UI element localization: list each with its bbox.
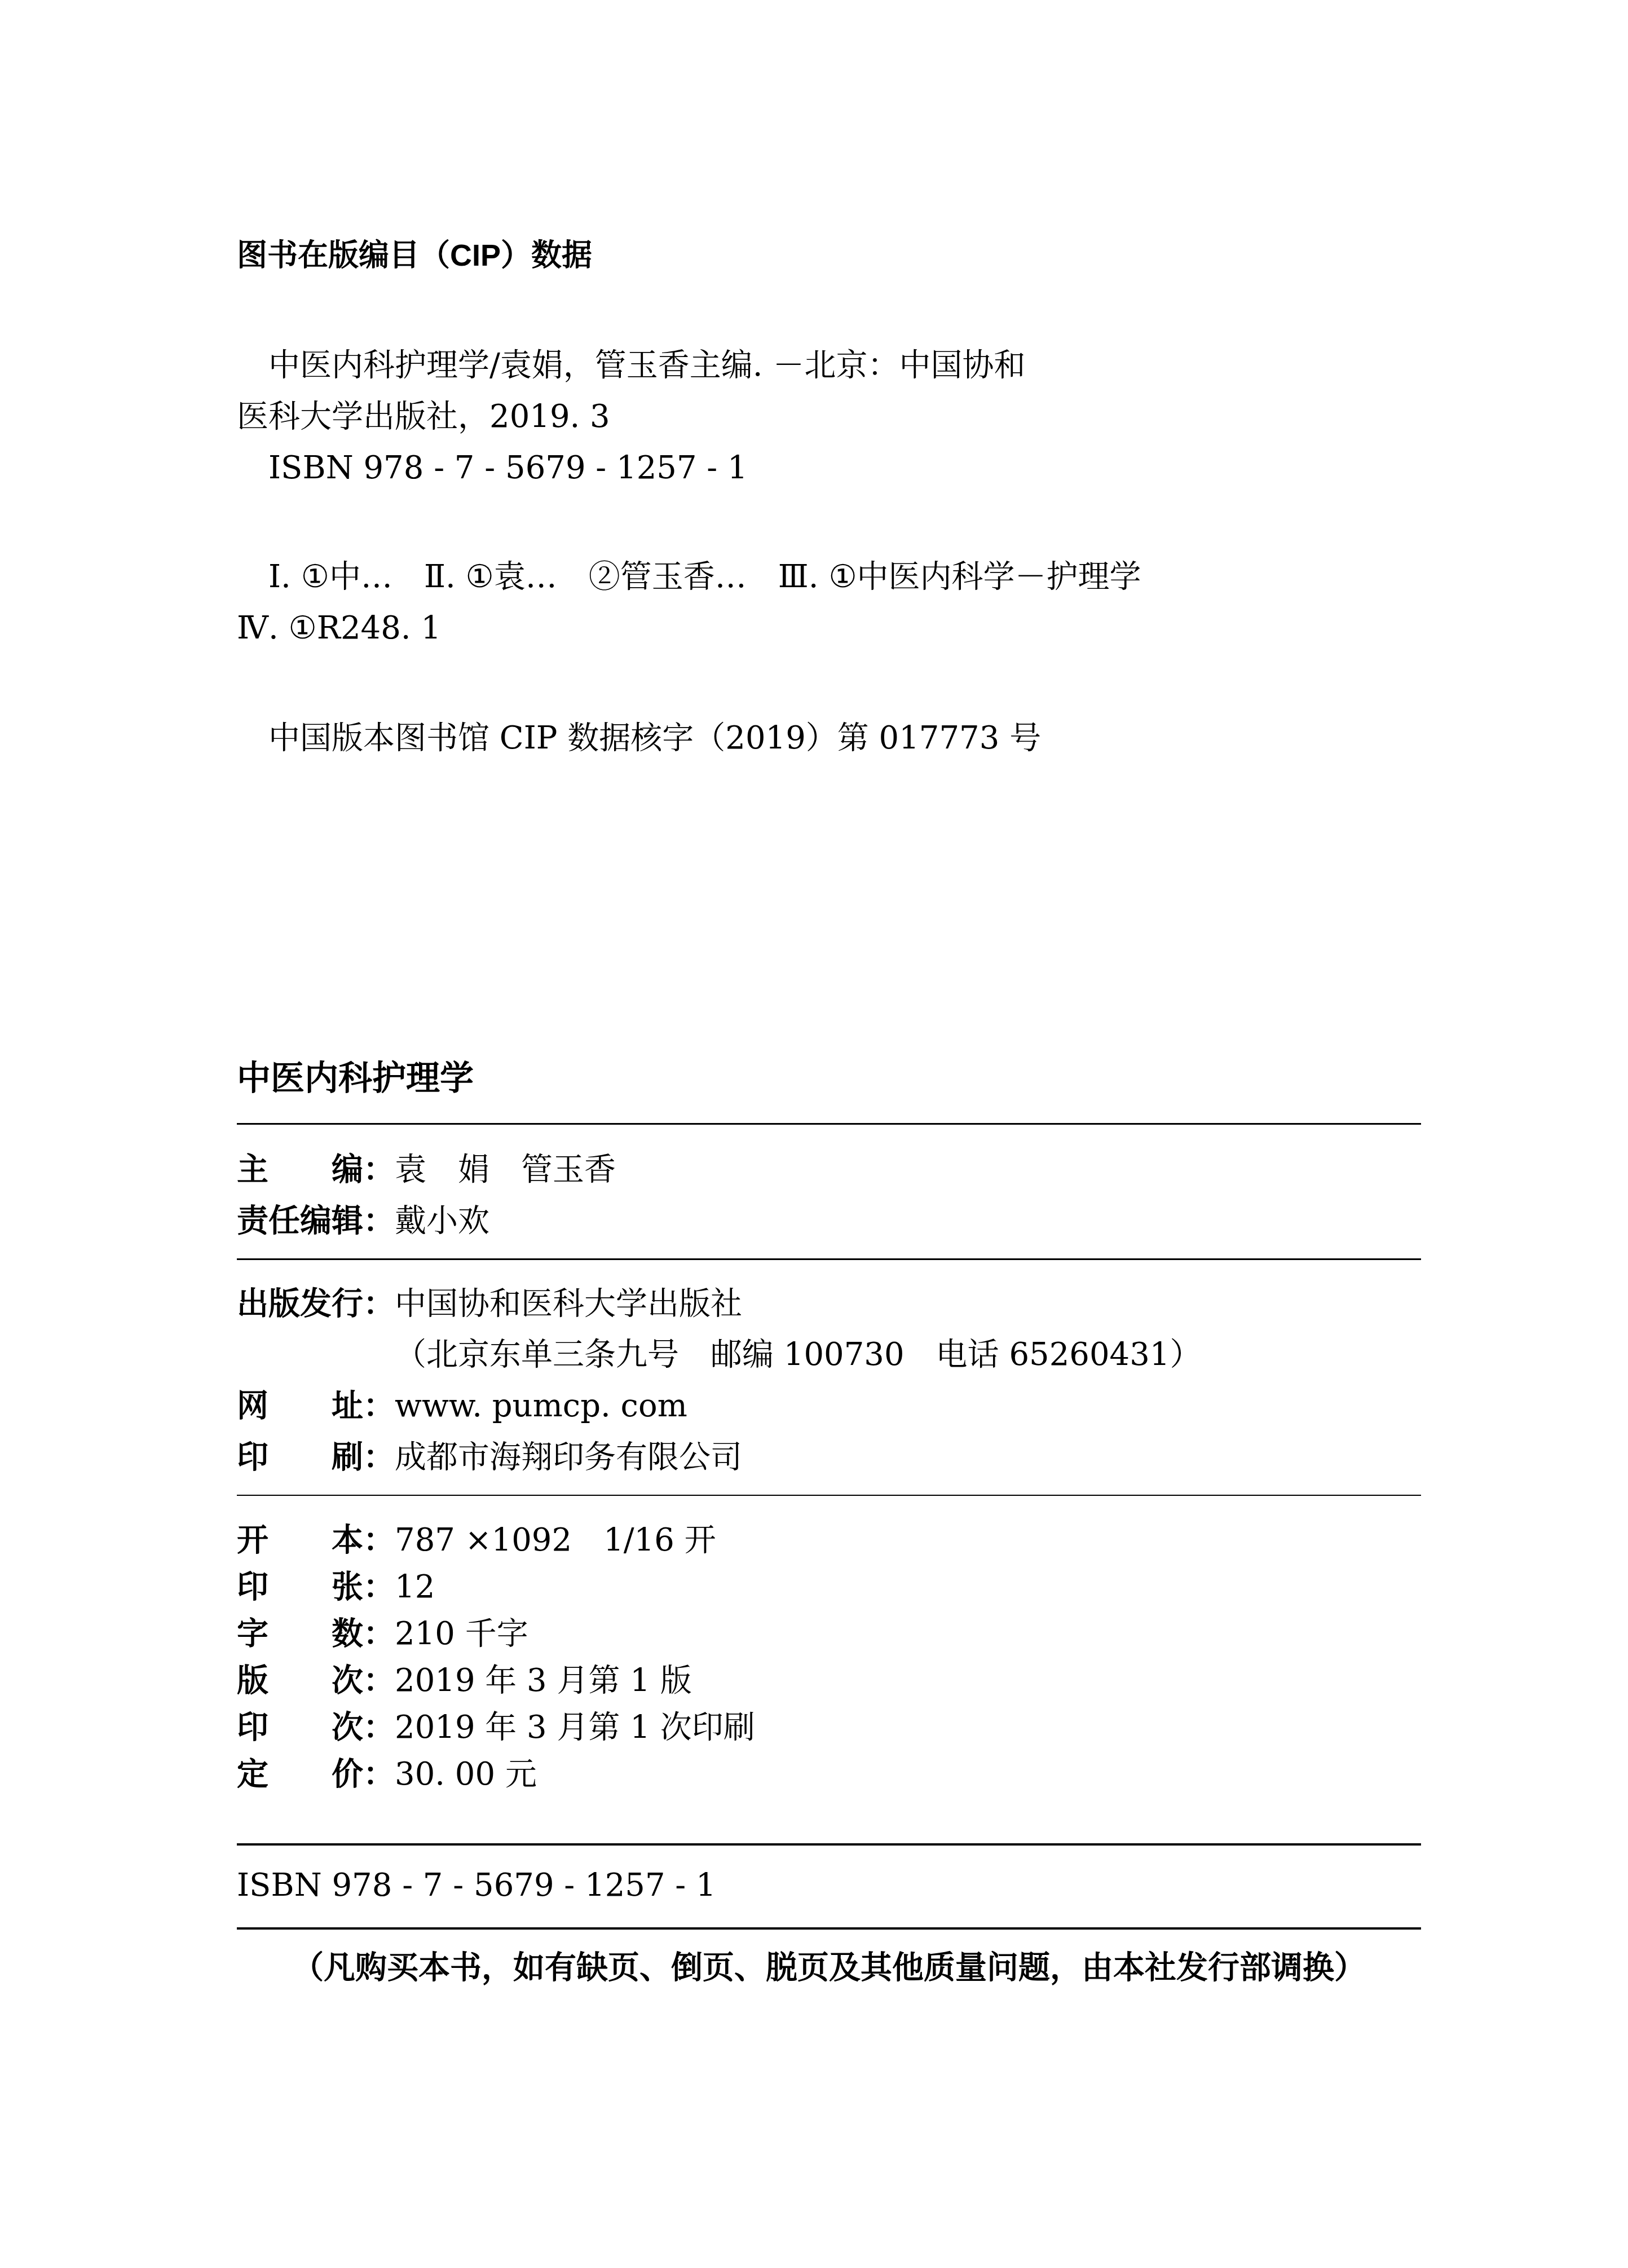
info-row: （北京东单三条九号 邮编 100730 电话 65260431）: [237, 1329, 1421, 1380]
info-row-label: 印 次：: [237, 1704, 395, 1750]
info-row-value: 戴小欢: [395, 1196, 489, 1247]
divider-rule: [237, 1495, 1421, 1496]
info-row-value: 12: [395, 1564, 435, 1610]
info-row: 字 数： 210 千字: [237, 1610, 1421, 1657]
divider-rule: [237, 1123, 1421, 1125]
info-row-label: 出版发行：: [237, 1278, 395, 1329]
info-row-value: 210 千字: [395, 1611, 528, 1657]
cip-classification-line: Ⅳ. ①R248. 1: [237, 602, 1421, 654]
info-row-value: 2019 年 3 月第 1 版: [395, 1658, 692, 1704]
editor-info: 主 编： 袁 娟 管玉香 责任编辑： 戴小欢: [237, 1144, 1421, 1247]
book-title: 中医内科护理学: [237, 1060, 1421, 1096]
cip-classification-line: Ⅰ. ①中… Ⅱ. ①袁… ②管玉香… Ⅲ. ①中医内科学－护理学: [237, 551, 1421, 602]
publisher-website: www. pumcp. com: [395, 1381, 687, 1432]
info-row-label: 印 刷：: [237, 1432, 395, 1482]
info-row-value: 787 ×1092 1/16 开: [395, 1517, 716, 1564]
info-row-label: 责任编辑：: [237, 1195, 395, 1246]
cip-description-line: 医科大学出版社，2019. 3: [237, 391, 1421, 442]
info-row-value: 成都市海翔印务有限公司: [395, 1432, 742, 1483]
info-row-label: 主 编：: [237, 1144, 395, 1195]
info-row-value: 袁 娟 管玉香: [395, 1144, 616, 1195]
publisher-address: （北京东单三条九号 邮编 100730 电话 65260431）: [395, 1329, 1201, 1380]
cip-registry-line: 中国版本图书馆 CIP 数据核字（2019）第 017773 号: [237, 712, 1421, 764]
info-row-value: 2019 年 3 月第 1 次印刷: [395, 1705, 755, 1751]
info-row-label: 网 址：: [237, 1380, 395, 1431]
exchange-note: （凡购买本书，如有缺页、倒页、脱页及其他质量问题，由本社发行部调换）: [237, 1949, 1421, 1985]
cip-heading: 图书在版编目（CIP）数据: [237, 239, 1421, 272]
info-row: 版 次： 2019 年 3 月第 1 版: [237, 1657, 1421, 1704]
print-info: 开 本： 787 ×1092 1/16 开 印 张： 12 字 数： 210 千…: [237, 1517, 1421, 1798]
copyright-page: 图书在版编目（CIP）数据 中医内科护理学/袁娟，管玉香主编. －北京：中国协和…: [0, 0, 1628, 2268]
info-row: 印 张： 12: [237, 1564, 1421, 1610]
cip-description-line: 中医内科护理学/袁娟，管玉香主编. －北京：中国协和: [237, 340, 1421, 391]
info-row: 主 编： 袁 娟 管玉香: [237, 1144, 1421, 1195]
info-row: 责任编辑： 戴小欢: [237, 1195, 1421, 1247]
info-row: 出版发行： 中国协和医科大学出版社: [237, 1278, 1421, 1329]
divider-rule: [237, 1843, 1421, 1846]
info-row: 网 址： www. pumcp. com: [237, 1380, 1421, 1432]
info-row-label: 印 张：: [237, 1564, 395, 1610]
divider-rule: [237, 1927, 1421, 1930]
info-row-label: 字 数：: [237, 1610, 395, 1657]
cip-description: 中医内科护理学/袁娟，管玉香主编. －北京：中国协和 医科大学出版社，2019.…: [237, 340, 1421, 494]
info-row: 开 本： 787 ×1092 1/16 开: [237, 1517, 1421, 1564]
info-row: 定 价： 30. 00 元: [237, 1751, 1421, 1798]
info-row-label: 定 价：: [237, 1751, 395, 1797]
cip-classification: Ⅰ. ①中… Ⅱ. ①袁… ②管玉香… Ⅲ. ①中医内科学－护理学 Ⅳ. ①R2…: [237, 551, 1421, 654]
info-row-value: 30. 00 元: [395, 1751, 537, 1798]
info-row-label: 版 次：: [237, 1657, 395, 1703]
divider-rule: [237, 1258, 1421, 1260]
info-row-value: 中国协和医科大学出版社: [395, 1279, 742, 1329]
cip-isbn-line: ISBN 978 - 7 - 5679 - 1257 - 1: [237, 442, 1421, 494]
info-row: 印 次： 2019 年 3 月第 1 次印刷: [237, 1704, 1421, 1751]
info-row-label: 开 本：: [237, 1517, 395, 1563]
info-row: 印 刷： 成都市海翔印务有限公司: [237, 1432, 1421, 1483]
publisher-info: 出版发行： 中国协和医科大学出版社 （北京东单三条九号 邮编 100730 电话…: [237, 1278, 1421, 1483]
isbn-footer: ISBN 978 - 7 - 5679 - 1257 - 1: [237, 1870, 1421, 1901]
